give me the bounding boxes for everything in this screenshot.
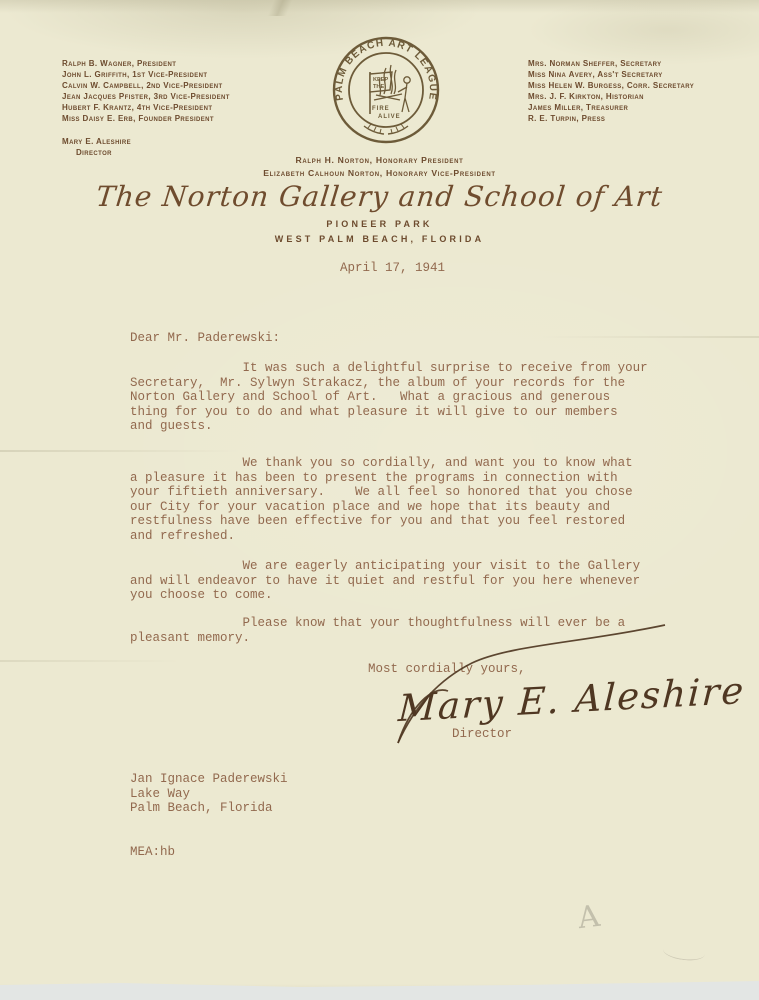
body-paragraph-4: Please know that your thoughtfulness wil… (130, 616, 625, 645)
letter-paper: Ralph B. Wagner, President John L. Griff… (0, 0, 759, 1000)
officer-list-left: Ralph B. Wagner, President John L. Griff… (62, 58, 230, 124)
paper-crease (225, 0, 335, 16)
fire-logs-icon (374, 94, 402, 100)
palm-beach-art-league-seal-icon: PALM BEACH ART LEAGUE KEEP THE (330, 34, 442, 146)
paper-crease (0, 450, 240, 452)
director-name: Mary E. Aleshire (62, 137, 131, 146)
scanned-letter-page: Ralph B. Wagner, President John L. Griff… (0, 0, 759, 1000)
paper-crease (540, 336, 759, 338)
pencil-annotation: A (576, 899, 602, 936)
body-paragraph-2: We thank you so cordially, and want you … (130, 456, 633, 544)
seal-banner-text-1: KEEP (373, 77, 389, 83)
body-paragraph-3: We are eagerly anticipating your visit t… (130, 559, 640, 603)
seal-fire-text-1: FIRE (372, 106, 390, 112)
honorary-officers: Ralph H. Norton, Honorary President Eliz… (0, 154, 759, 180)
pencil-smudge (662, 942, 706, 963)
gallery-title: The Norton Gallery and School of Art (0, 180, 759, 213)
signature-name: Mary E. Aleshire (397, 669, 746, 730)
address-city: WEST PALM BEACH, FLORIDA (0, 234, 759, 244)
seal-fire-text-2: ALIVE (378, 114, 401, 120)
recipient-address: Jan Ignace Paderewski Lake Way Palm Beac… (130, 772, 288, 816)
closing-line: Most cordially yours, (368, 662, 526, 677)
typist-reference: MEA:hb (130, 845, 175, 860)
letter-date: April 17, 1941 (340, 261, 445, 276)
body-paragraph-1: It was such a delightful surprise to rec… (130, 361, 648, 434)
signature-title: Director (452, 727, 512, 742)
salutation: Dear Mr. Paderewski: (130, 331, 280, 346)
paper-crease (0, 660, 180, 662)
address-park: PIONEER PARK (0, 219, 759, 229)
seal-banner-text-2: THE (373, 84, 384, 90)
officer-list-right: Mrs. Norman Sheffer, Secretary Miss Nina… (528, 58, 694, 124)
